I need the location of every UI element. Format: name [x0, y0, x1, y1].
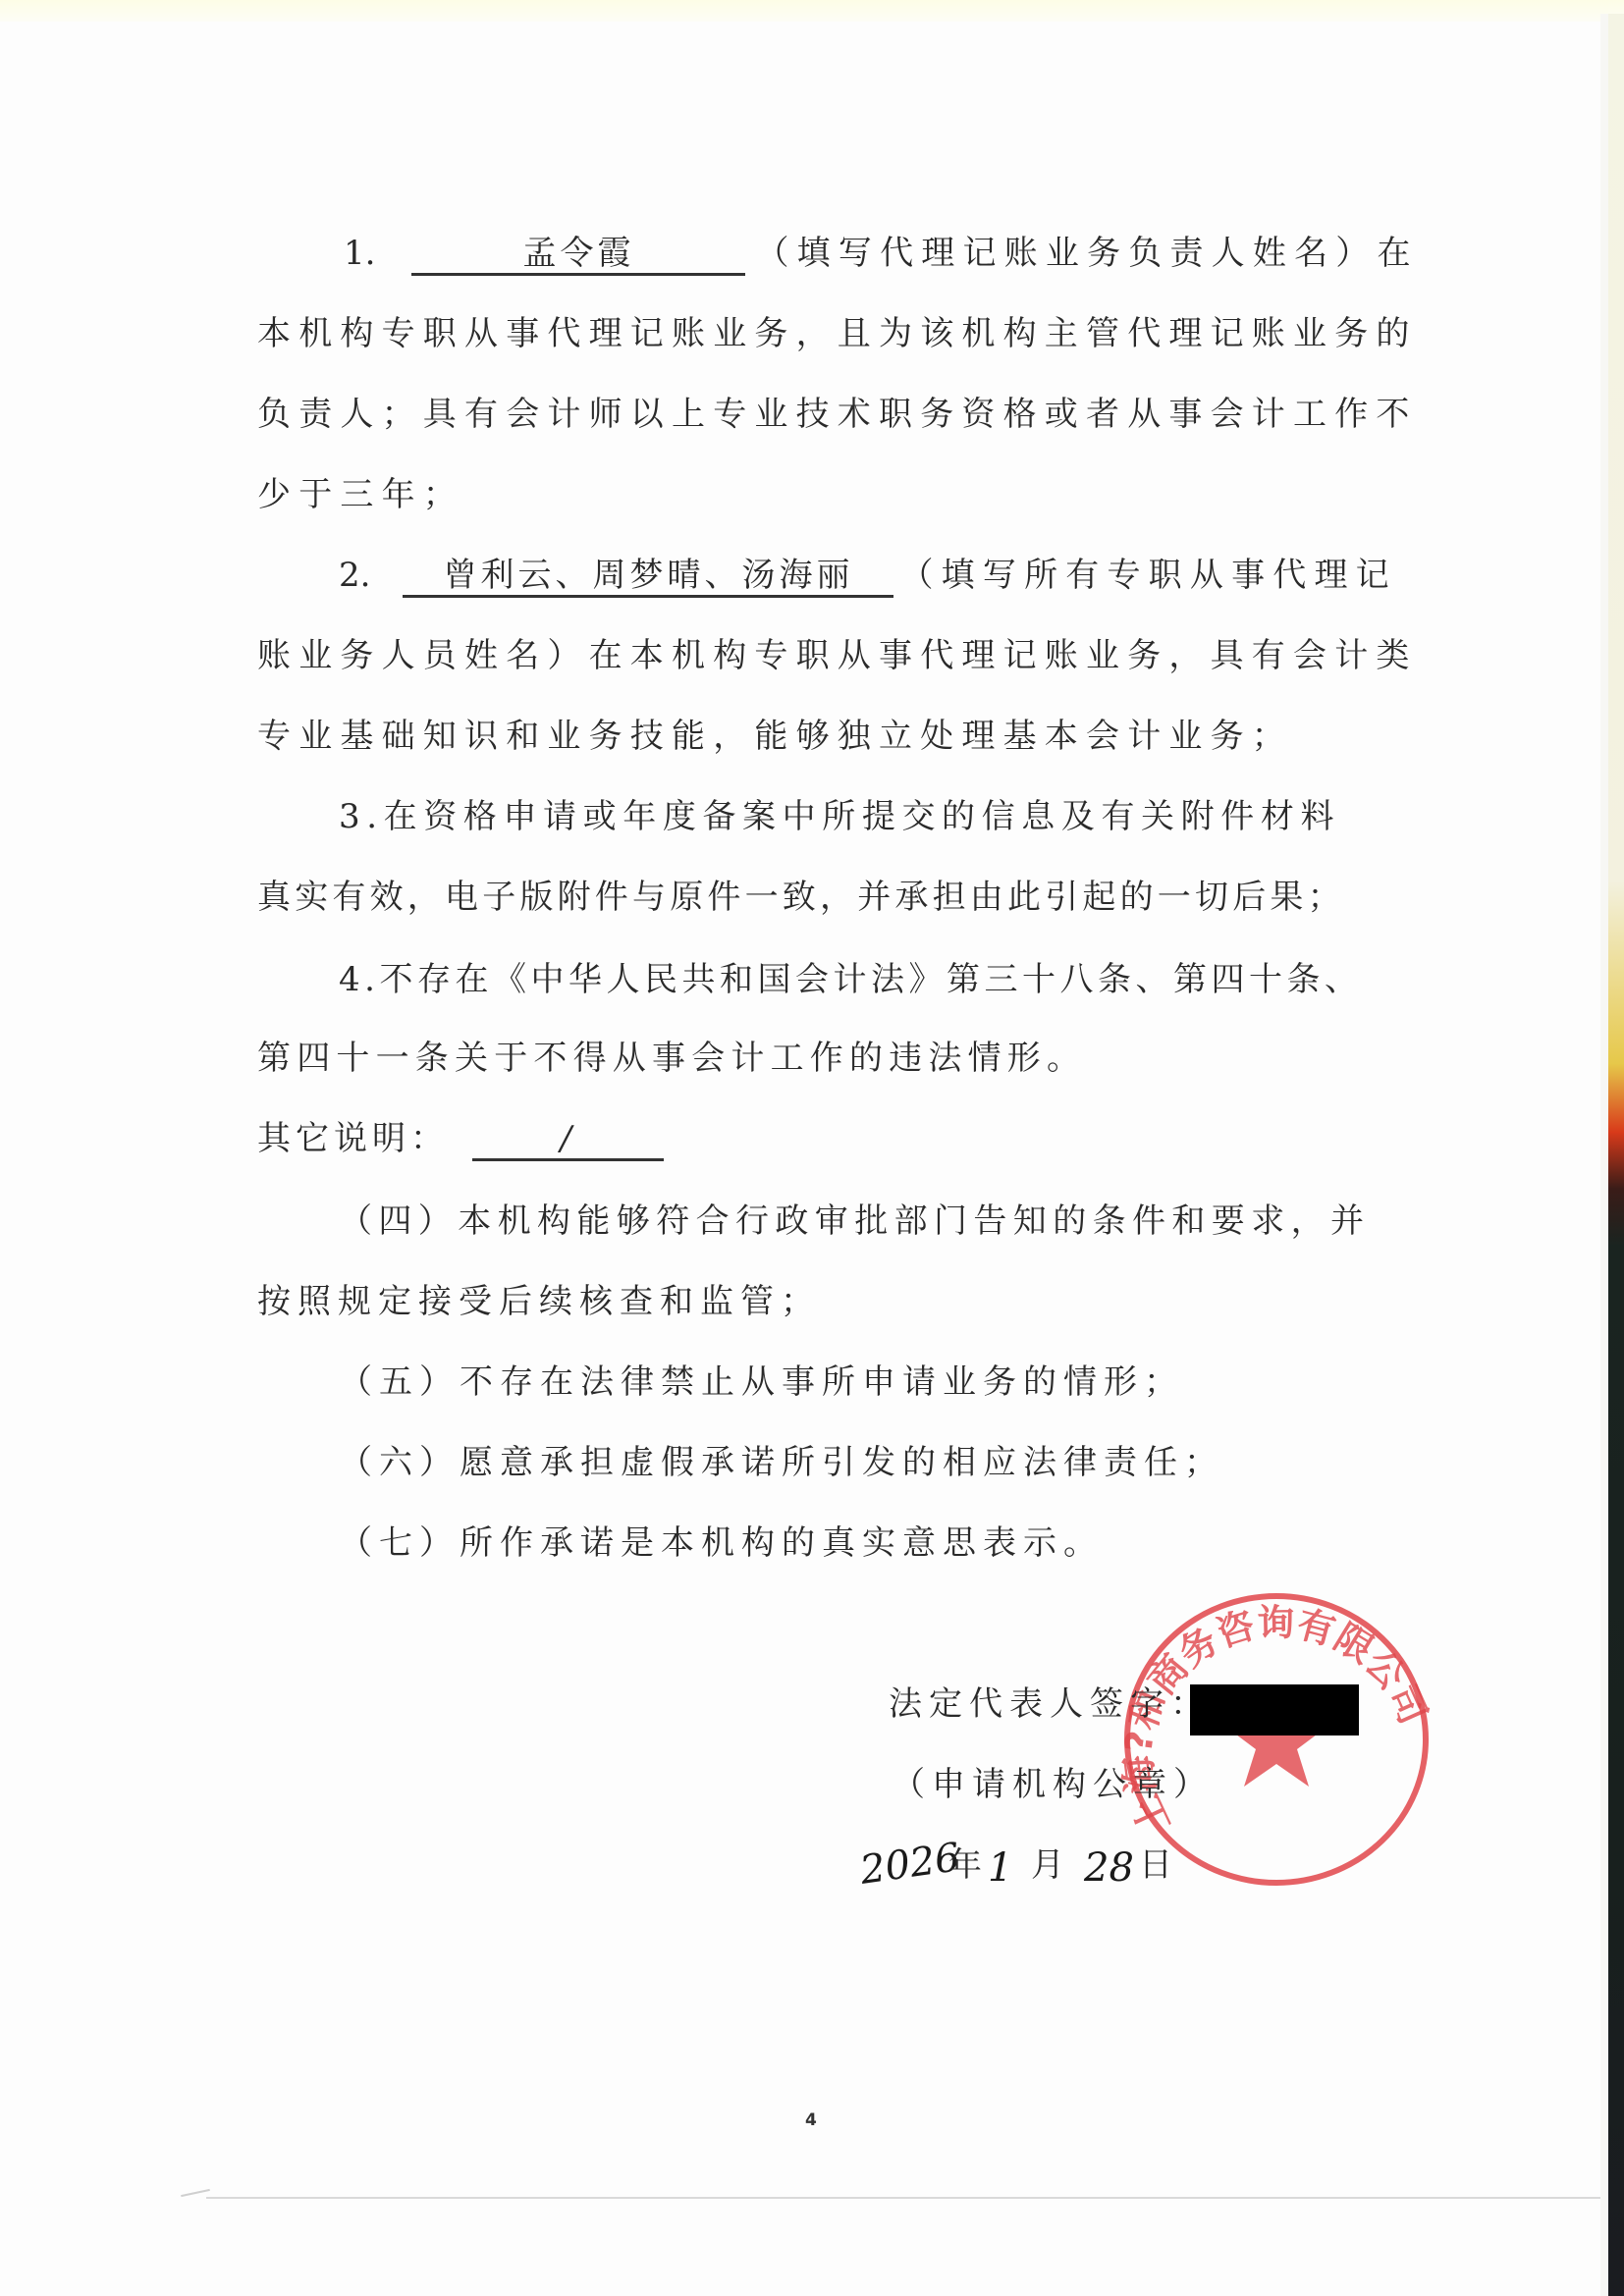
item2-line3: 专业基础知识和业务技能，能够独立处理基本会计业务； — [257, 717, 1293, 756]
clause-4-line1: （四）本机构能够符合行政审批部门告知的条件和要求，并 — [339, 1201, 1370, 1241]
other-notes: 其它说明： / — [257, 1119, 664, 1161]
item3-line2: 真实有效，电子版附件与原件一致，并承担由此引起的一切后果； — [257, 878, 1345, 917]
scan-top-band — [0, 0, 1624, 22]
other-notes-label: 其它说明： — [257, 1119, 449, 1158]
item4-line2: 第四十一条关于不得从事会计工作的违法情形。 — [257, 1039, 1086, 1078]
item1-line3: 负责人；具有会计师以上专业技术职务资格或者从事会计工作不 — [257, 395, 1418, 434]
date-year-unit: 年 — [948, 1845, 989, 1885]
item2-instruction: （填写所有专职从事代理记 — [899, 556, 1396, 595]
date-year: 2026 — [857, 1835, 962, 1894]
item4-line1: 4.不存在《中华人民共和国会计法》第三十八条、第四十条、 — [339, 960, 1362, 999]
page-number: 4 — [805, 2110, 817, 2130]
item1-line4: 少于三年； — [257, 475, 464, 514]
scan-bottom-line — [206, 2197, 1600, 2199]
date-month: 1 — [988, 1845, 1012, 1891]
scan-edge-margin — [1600, 14, 1608, 2296]
clause-5: （五）不存在法律禁止从事所申请业务的情形； — [339, 1362, 1184, 1402]
item1-line1: 1. 孟令霞（填写代理记账业务负责人姓名）在 — [344, 234, 1419, 276]
other-notes-value: / — [472, 1119, 664, 1161]
clause-6: （六）愿意承担虚假承诺所引发的相应法律责任； — [339, 1443, 1224, 1482]
date-day: 28 — [1084, 1845, 1134, 1891]
scan-right-edge — [1608, 14, 1624, 2296]
date-month-unit: 月 — [1031, 1845, 1071, 1885]
item2-line1: 2. 曾利云、周梦晴、汤海丽（填写所有专职从事代理记 — [339, 556, 1397, 598]
clause-7: （七）所作承诺是本机构的真实意思表示。 — [339, 1523, 1104, 1563]
legal-rep-signature-label: 法定代表人签字： — [889, 1684, 1211, 1724]
item2-line2: 账业务人员姓名）在本机构专职从事代理记账业务，具有会计类 — [257, 636, 1418, 675]
item1-instruction: （填写代理记账业务负责人姓名）在 — [755, 234, 1418, 273]
item2-filled-names: 曾利云、周梦晴、汤海丽 — [403, 556, 893, 598]
item1-line2: 本机构专职从事代理记账业务，且为该机构主管代理记账业务的 — [257, 314, 1418, 353]
redacted-signature — [1190, 1684, 1359, 1735]
item3-line1: 3.在资格申请或年度备案中所提交的信息及有关附件材料 — [339, 797, 1340, 836]
item1-number: 1. — [344, 234, 375, 273]
scan-artifact — [181, 2189, 210, 2197]
clause-4-line2: 按照规定接受后续核查和监管； — [257, 1282, 821, 1321]
item2-number: 2. — [339, 556, 370, 595]
seal-label: （申请机构公章） — [892, 1765, 1214, 1804]
item1-filled-name: 孟令霞 — [411, 234, 745, 276]
date-day-unit: 日 — [1139, 1845, 1179, 1885]
